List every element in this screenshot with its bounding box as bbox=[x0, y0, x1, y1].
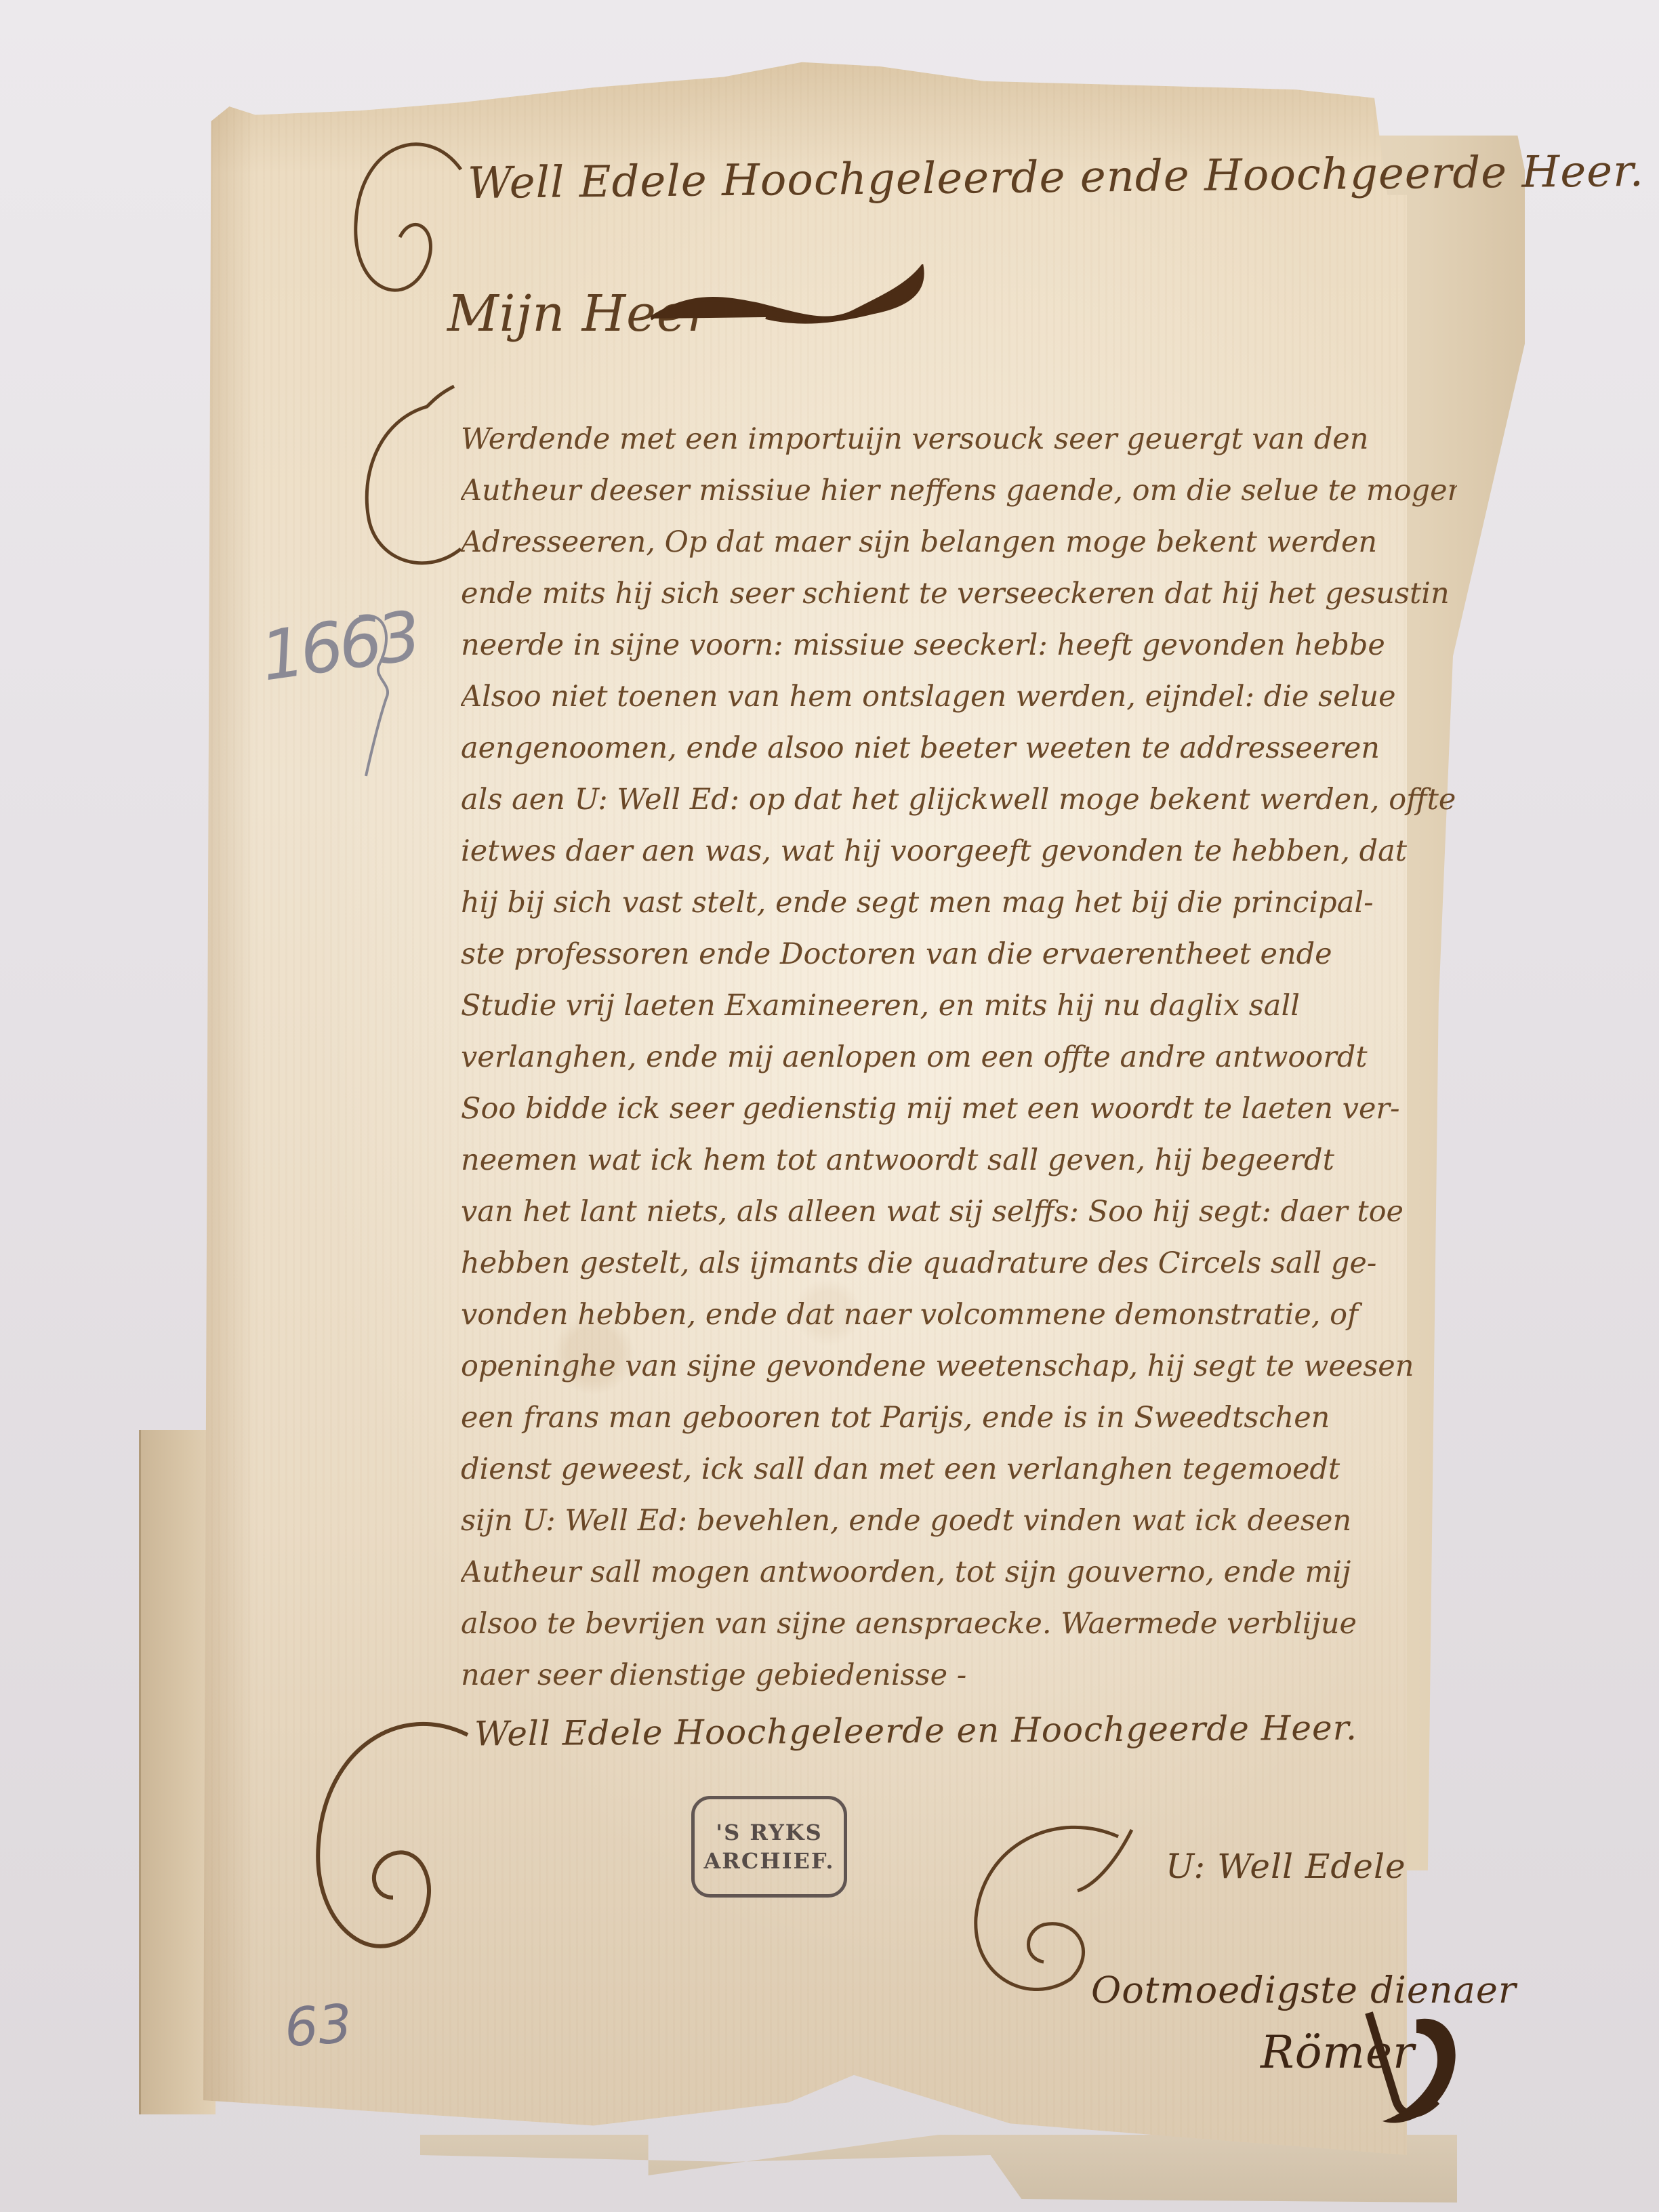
body-line: ste professoren ende Doctoren van die er… bbox=[461, 928, 1457, 980]
body-line: neemen wat ick hem tot antwoordt sall ge… bbox=[461, 1134, 1457, 1186]
signoff-line-1: U: Well Edele bbox=[1166, 1847, 1406, 1886]
signoff-line-2: Ootmoedigste dienaer bbox=[1091, 1969, 1517, 2011]
closing-salutation: Well Edele Hoochgeleerde en Hoochgeerde … bbox=[474, 1708, 1357, 1753]
body-line: Autheur sall mogen antwoorden, tot sijn … bbox=[461, 1547, 1457, 1598]
body-line: Studie vrij laeten Examineeren, en mits … bbox=[461, 980, 1457, 1031]
body-line: neerde in sijne voorn: missiue seeckerl:… bbox=[461, 619, 1457, 671]
body-line: vonden hebben, ende dat naer volcommene … bbox=[461, 1289, 1457, 1340]
closing-flourish-icon bbox=[298, 1708, 474, 1979]
body-line: een frans man gebooren tot Parijs, ende … bbox=[461, 1392, 1457, 1443]
body-line: Alsoo niet toenen van hem ontslagen werd… bbox=[461, 671, 1457, 722]
body-line: Werdende met een importuijn versouck see… bbox=[461, 413, 1457, 465]
body-line: verlanghen, ende mij aenlopen om een off… bbox=[461, 1031, 1457, 1083]
body-line: ende mits hij sich seer schient te verse… bbox=[461, 568, 1457, 619]
margin-brace-icon bbox=[352, 610, 407, 779]
folio-number: 63 bbox=[283, 1994, 354, 2060]
body-line: van het lant niets, als alleen wat sij s… bbox=[461, 1186, 1457, 1237]
ink-swash-icon bbox=[651, 264, 949, 339]
signature-paraph-icon bbox=[1355, 2006, 1464, 2135]
body-line: hij bij sich vast stelt, ende segt men m… bbox=[461, 877, 1457, 928]
body-line: aengenoomen, ende alsoo niet beeter weet… bbox=[461, 722, 1457, 774]
letter-body: Werdende met een importuijn versouck see… bbox=[461, 413, 1457, 1701]
body-line: Adresseeren, Op dat maer sijn belangen m… bbox=[461, 516, 1457, 568]
body-line: alsoo te bevrijen van sijne aenspraecke.… bbox=[461, 1598, 1457, 1650]
body-line: dienst geweest, ick sall dan met een ver… bbox=[461, 1443, 1457, 1495]
body-line: Autheur deeser missiue hier neffens gaen… bbox=[461, 465, 1457, 516]
stamp-line-2: ARCHIEF. bbox=[703, 1847, 834, 1875]
archive-stamp: 'S RYKS ARCHIEF. bbox=[691, 1796, 847, 1898]
stamp-line-1: 'S RYKS bbox=[716, 1818, 822, 1847]
body-initial-flourish-icon bbox=[352, 380, 474, 583]
body-line: ietwes daer aen was, wat hij voorgeeft g… bbox=[461, 825, 1457, 877]
body-line: openinghe van sijne gevondene weetenscha… bbox=[461, 1340, 1457, 1392]
body-line: als aen U: Well Ed: op dat het glijckwel… bbox=[461, 774, 1457, 825]
body-line: hebben gestelt, als ijmants die quadratu… bbox=[461, 1237, 1457, 1289]
body-line: naer seer dienstige gebiedenisse - bbox=[461, 1650, 1457, 1701]
body-line: Soo bidde ick seer gedienstig mij met ee… bbox=[461, 1083, 1457, 1134]
body-line: sijn U: Well Ed: bevehlen, ende goedt vi… bbox=[461, 1495, 1457, 1547]
